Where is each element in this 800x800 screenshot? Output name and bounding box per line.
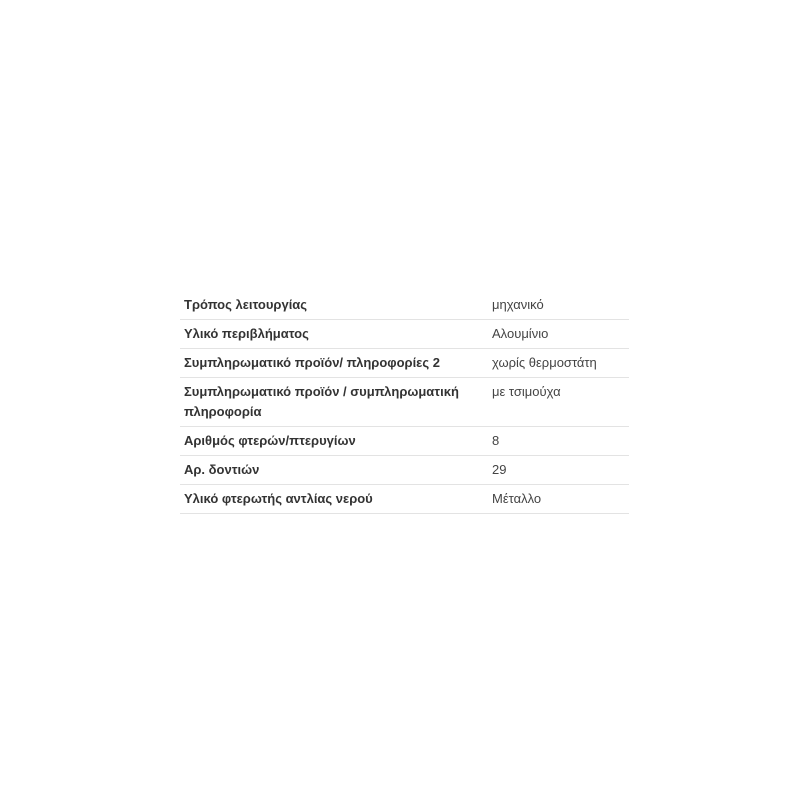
spec-value: 8: [488, 427, 629, 456]
table-row: Συμπληρωματικό προϊόν / συμπληρωματική π…: [180, 378, 629, 427]
table-row: Υλικό περιβλήματος Αλουμίνιο: [180, 320, 629, 349]
spec-value: 29: [488, 456, 629, 485]
table-row: Αριθμός φτερών/πτερυγίων 8: [180, 427, 629, 456]
specifications-table: Τρόπος λειτουργίας μηχανικό Υλικό περιβλ…: [180, 291, 629, 514]
table-row: Αρ. δοντιών 29: [180, 456, 629, 485]
table-row: Υλικό φτερωτής αντλίας νερού Μέταλλο: [180, 485, 629, 514]
spec-value: Αλουμίνιο: [488, 320, 629, 349]
spec-label: Τρόπος λειτουργίας: [180, 291, 488, 320]
spec-label: Υλικό φτερωτής αντλίας νερού: [180, 485, 488, 514]
spec-value: μηχανικό: [488, 291, 629, 320]
spec-value: χωρίς θερμοστάτη: [488, 349, 629, 378]
table-row: Συμπληρωματικό προϊόν/ πληροφορίες 2 χωρ…: [180, 349, 629, 378]
spec-label: Συμπληρωματικό προϊόν / συμπληρωματική π…: [180, 378, 488, 427]
spec-label: Συμπληρωματικό προϊόν/ πληροφορίες 2: [180, 349, 488, 378]
spec-value: με τσιμούχα: [488, 378, 629, 427]
spec-label: Υλικό περιβλήματος: [180, 320, 488, 349]
spec-value: Μέταλλο: [488, 485, 629, 514]
spec-label: Αρ. δοντιών: [180, 456, 488, 485]
spec-label: Αριθμός φτερών/πτερυγίων: [180, 427, 488, 456]
table-row: Τρόπος λειτουργίας μηχανικό: [180, 291, 629, 320]
